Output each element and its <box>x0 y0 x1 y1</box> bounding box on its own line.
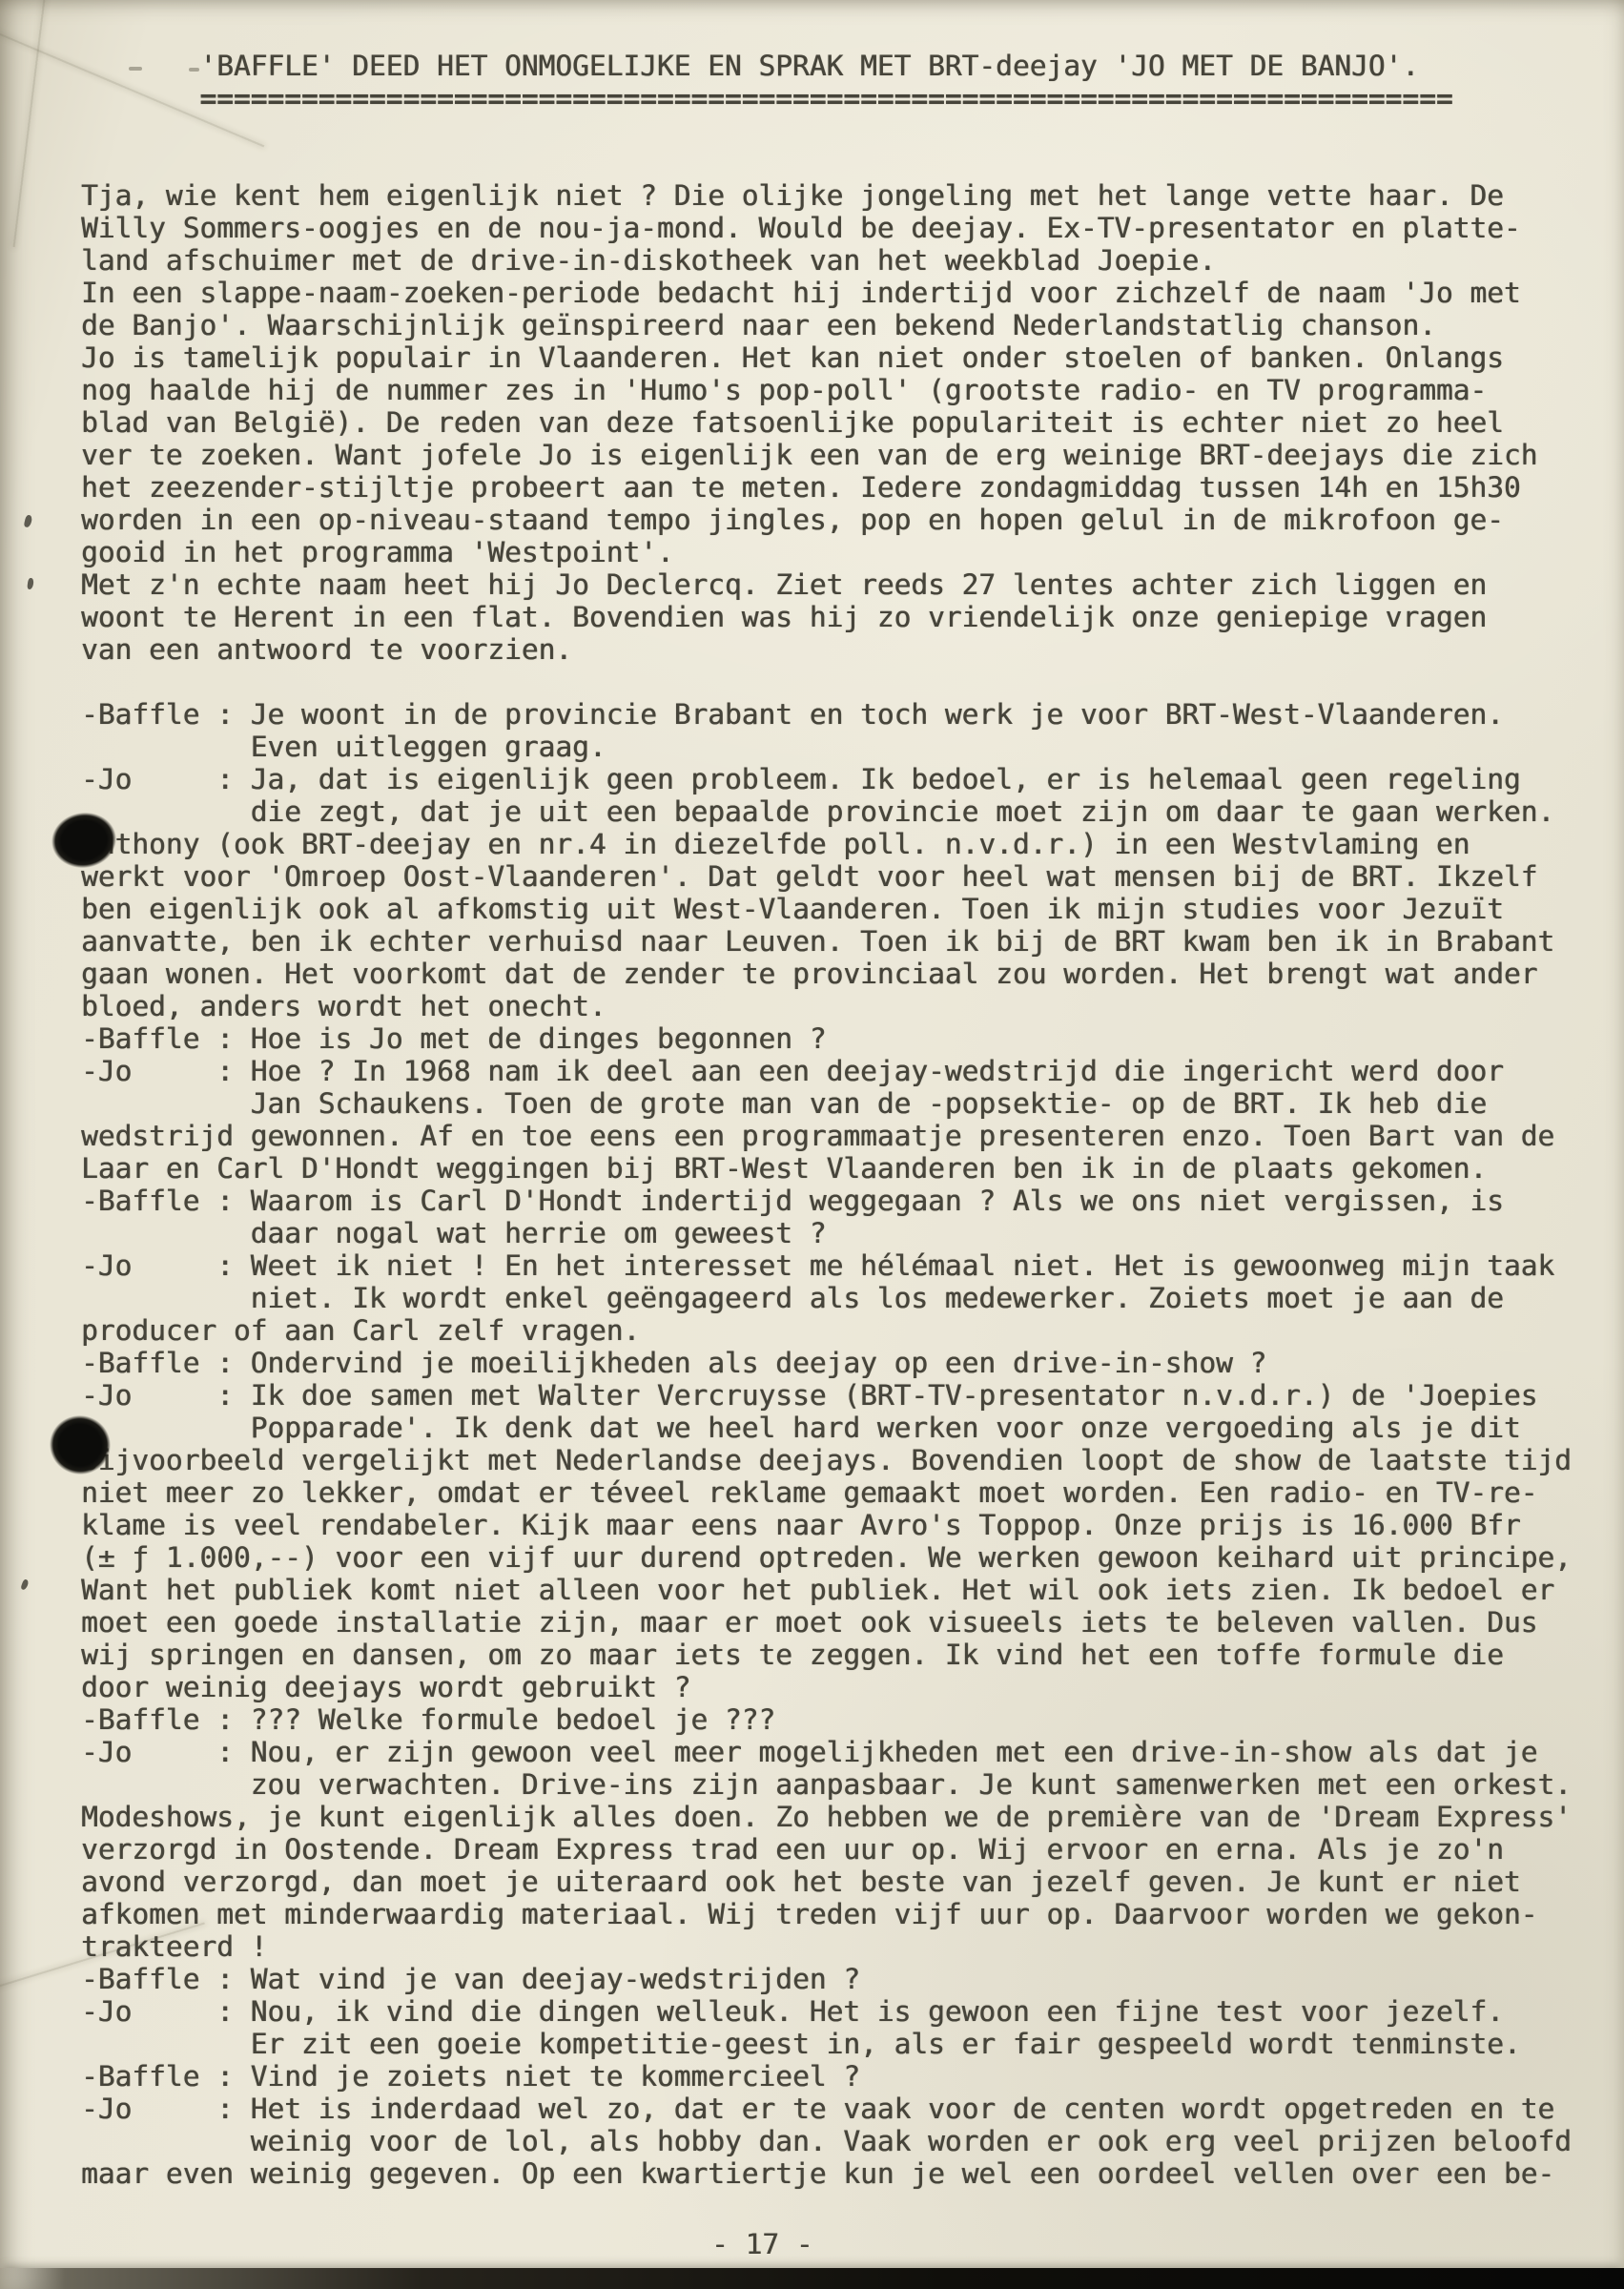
text-line: wedstrijd gewonnen. Af en toe eens een p… <box>81 1120 1572 1152</box>
text-line: de Banjo'. Waarschijnlijk geïnspireerd n… <box>81 309 1572 341</box>
text-line: zou verwachten. Drive-ins zijn aanpasbaa… <box>81 1768 1572 1801</box>
text-line: niet meer zo lekker, omdat er téveel rek… <box>81 1476 1572 1509</box>
text-line: (± ƒ 1.000,--) voor een vijf uur durend … <box>81 1541 1572 1574</box>
blank-line <box>81 114 1572 147</box>
text-line: Want het publiek komt niet alleen voor h… <box>81 1574 1572 1606</box>
article-title: 'BAFFLE' DEED HET ONMOGELIJKE EN SPRAK M… <box>81 50 1572 82</box>
text-line: -Baffle : Hoe is Jo met de dinges begonn… <box>81 1022 1572 1055</box>
text-line: daar nogal wat herrie om geweest ? <box>81 1217 1572 1249</box>
text-line: -Jo : Hoe ? In 1968 nam ik deel aan een … <box>81 1055 1572 1087</box>
text-line: die zegt, dat je uit een bepaalde provin… <box>81 795 1572 828</box>
text-line: woont te Herent in een flat. Bovendien w… <box>81 601 1572 633</box>
text-line: Jan Schaukens. Toen de grote man van de … <box>81 1087 1572 1120</box>
text-line: blad van België). De reden van deze fats… <box>81 406 1572 439</box>
text-line: moet een goede installatie zijn, maar er… <box>81 1606 1572 1639</box>
scanned-typewritten-page: 'BAFFLE' DEED HET ONMOGELIJKE EN SPRAK M… <box>0 0 1624 2289</box>
text-line: wij springen en dansen, om zo maar iets … <box>81 1639 1572 1671</box>
text-line: land afschuimer met de drive-in-diskothe… <box>81 244 1572 277</box>
intro-paragraph: Tja, wie kent hem eigenlijk niet ? Die o… <box>81 179 1572 666</box>
text-line: ben eigenlijk ook al afkomstig uit West-… <box>81 893 1572 925</box>
text-line: gaan wonen. Het voorkomt dat de zender t… <box>81 958 1572 990</box>
text-line: bijvoorbeeld vergelijkt met Nederlandse … <box>81 1444 1572 1476</box>
text-line: -Jo : Nou, er zijn gewoon veel meer moge… <box>81 1736 1572 1768</box>
blank-line <box>81 666 1572 698</box>
text-line: van een antwoord te voorzien. <box>81 633 1572 666</box>
text-line: maar even weinig gegeven. Op een kwartie… <box>81 2157 1572 2190</box>
text-line: producer of aan Carl zelf vragen. <box>81 1314 1572 1347</box>
text-line: ver te zoeken. Want jofele Jo is eigenli… <box>81 439 1572 471</box>
title-underline: ========================================… <box>81 82 1572 114</box>
text-line: klame is veel rendabeler. Kijk maar eens… <box>81 1509 1572 1541</box>
text-line: worden in een op-niveau-staand tempo jin… <box>81 504 1572 536</box>
text-line: Anthony (ook BRT-deejay en nr.4 in dieze… <box>81 828 1572 860</box>
text-line: trakteerd ! <box>81 1930 1572 1963</box>
page-number: - 17 - <box>711 2228 813 2260</box>
text-line: Willy Sommers-oogjes en de nou-ja-mond. … <box>81 212 1572 244</box>
text-line: Tja, wie kent hem eigenlijk niet ? Die o… <box>81 179 1572 212</box>
text-line: Met z'n echte naam heet hij Jo Declercq.… <box>81 568 1572 601</box>
text-line: het zeezender-stijltje probeert aan te m… <box>81 471 1572 504</box>
text-line: -Jo : Ik doe samen met Walter Vercruysse… <box>81 1379 1572 1412</box>
text-line: -Baffle : Ondervind je moeilijkheden als… <box>81 1347 1572 1379</box>
paper-crease <box>13 0 47 247</box>
ink-speck <box>27 578 34 590</box>
text-line: -Jo : Ja, dat is eigenlijk geen probleem… <box>81 763 1572 795</box>
text-line: niet. Ik wordt enkel geëngageerd als los… <box>81 1282 1572 1314</box>
interview-section: -Baffle : Je woont in de provincie Braba… <box>81 698 1572 2190</box>
ink-speck <box>24 514 33 527</box>
typewritten-text: 'BAFFLE' DEED HET ONMOGELIJKE EN SPRAK M… <box>81 50 1572 2190</box>
text-line: Laar en Carl D'Hondt weggingen bij BRT-W… <box>81 1152 1572 1185</box>
text-line: Jo is tamelijk populair in Vlaanderen. H… <box>81 341 1572 374</box>
text-line: bloed, anders wordt het onecht. <box>81 990 1572 1022</box>
text-line: werkt voor 'Omroep Oost-Vlaanderen'. Dat… <box>81 860 1572 893</box>
text-line: Even uitleggen graag. <box>81 731 1572 763</box>
ink-speck <box>20 1578 29 1590</box>
text-line: gooid in het programma 'Westpoint'. <box>81 536 1572 568</box>
scan-bottom-edge <box>0 2268 1624 2289</box>
text-line: weinig voor de lol, als hobby dan. Vaak … <box>81 2125 1572 2157</box>
text-line: verzorgd in Oostende. Dream Express trad… <box>81 1833 1572 1866</box>
text-line: -Baffle : Vind je zoiets niet te kommerc… <box>81 2060 1572 2093</box>
text-line: avond verzorgd, dan moet je uiteraard oo… <box>81 1866 1572 1898</box>
text-line: door weinig deejays wordt gebruikt ? <box>81 1671 1572 1703</box>
text-line: Modeshows, je kunt eigenlijk alles doen.… <box>81 1801 1572 1833</box>
text-line: aanvatte, ben ik echter verhuisd naar Le… <box>81 925 1572 958</box>
text-line: -Baffle : Wat vind je van deejay-wedstri… <box>81 1963 1572 1995</box>
text-line: -Jo : Het is inderdaad wel zo, dat er te… <box>81 2093 1572 2125</box>
text-line: nog haalde hij de nummer zes in 'Humo's … <box>81 374 1572 406</box>
text-line: -Baffle : ??? Welke formule bedoel je ??… <box>81 1703 1572 1736</box>
text-line: -Jo : Weet ik niet ! En het interesset m… <box>81 1249 1572 1282</box>
text-line: afkomen met minderwaardig materiaal. Wij… <box>81 1898 1572 1930</box>
text-line: -Baffle : Je woont in de provincie Braba… <box>81 698 1572 731</box>
text-line: -Jo : Nou, ik vind die dingen welleuk. H… <box>81 1995 1572 2028</box>
blank-line <box>81 147 1572 179</box>
text-line: Er zit een goeie kompetitie-geest in, al… <box>81 2028 1572 2060</box>
text-line: In een slappe-naam-zoeken-periode bedach… <box>81 277 1572 309</box>
text-line: Popparade'. Ik denk dat we heel hard wer… <box>81 1412 1572 1444</box>
text-line: -Baffle : Waarom is Carl D'Hondt inderti… <box>81 1185 1572 1217</box>
